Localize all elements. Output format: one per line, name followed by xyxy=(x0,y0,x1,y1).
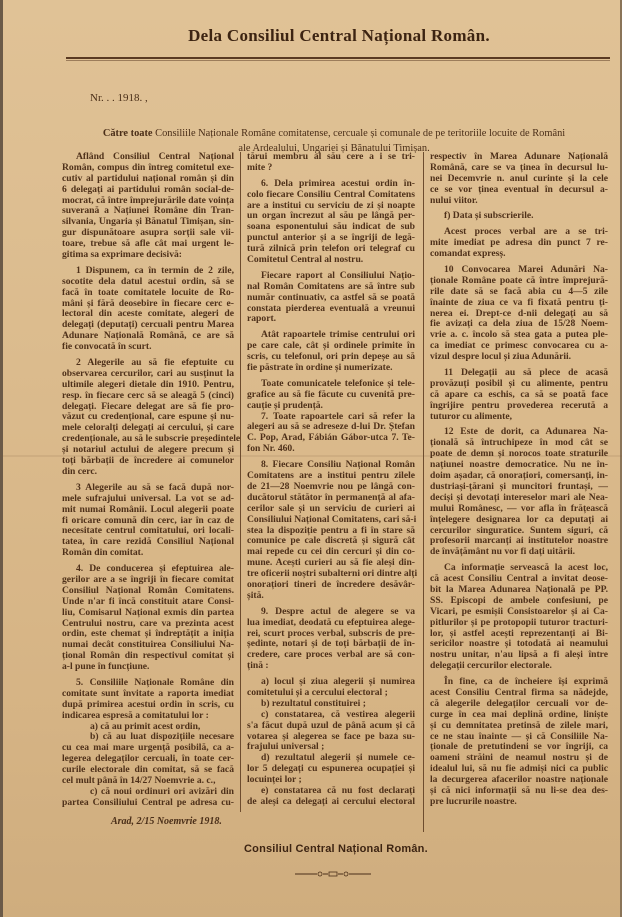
text-line: fie păstrate în ordine și numerizate. xyxy=(247,363,415,374)
text-line: partea Consiliului Central pe adresa cu- xyxy=(62,798,234,809)
text-line: credere, care proces verbal are să con- xyxy=(247,650,415,661)
text-line: șită. xyxy=(247,591,415,602)
column-divider-1 xyxy=(240,152,241,812)
text-line: onorațiori tineri de încredere desăvâr- xyxy=(247,580,415,591)
addressee-line-1-rest: Consiliile Naționale Române comitatense,… xyxy=(153,128,566,139)
masthead-title: Dela Consiliul Central Național Român. xyxy=(66,26,612,46)
text-line: indicarea espresă a comitatului lor : xyxy=(62,711,234,722)
text-line: Vicari, pe esmișii Consistoarelor și ai … xyxy=(430,607,608,618)
text-line: tărui membru al său cere a i se tri- xyxy=(247,152,415,163)
text-line: nului viitor. xyxy=(430,196,608,207)
masthead-rule-secondary xyxy=(66,60,610,61)
addressee-lead: Către toate xyxy=(103,128,153,139)
text-line: resp. în fiecare cerc să se aleagă 5 (ci… xyxy=(62,391,234,402)
text-line: de învățământ nu vor fi dați uitării. xyxy=(430,547,608,558)
text-line: țină : xyxy=(247,661,415,672)
date-line: Arad, 2/15 Noemvrie 1918. xyxy=(111,816,222,827)
text-line: 9. Despre actul de alegere se va xyxy=(247,607,415,618)
text-line: gitima sa exprimare decisivă: xyxy=(62,250,234,261)
text-line: pitlurilor și pe protopopii tuturor trac… xyxy=(430,618,608,629)
document-number: Nr. . . 1918. , xyxy=(90,92,148,104)
text-line: fon Nr. 460. xyxy=(247,444,415,455)
text-line: cauție și prudență. xyxy=(247,401,415,412)
masthead-rule xyxy=(66,57,610,59)
text-line: f) Data și subscrierile. xyxy=(430,211,608,222)
newspaper-page: Dela Consiliul Central Național Român. N… xyxy=(0,0,622,917)
text-line: Unde n'ar fi încă constituit atare Consi… xyxy=(62,597,234,608)
text-line: număr continuativ, ca astfel să se poată xyxy=(247,293,415,304)
ornament-rule-icon xyxy=(295,871,371,877)
text-column-1: Aflând Consiliul Central NaționalRomân, … xyxy=(62,152,234,809)
addressee-line-1: Către toate Consiliile Naționale Române … xyxy=(56,126,612,141)
signature: Consiliul Central Național Român. xyxy=(244,843,428,855)
text-line: înainte de ziua ce va fi fixată pentru ț… xyxy=(430,298,608,309)
text-line: din cerc. xyxy=(62,467,234,478)
text-line: după primirea acestui ordin în scris, cu xyxy=(62,700,234,711)
text-column-2: tărui membru al său cere a i se tri-mite… xyxy=(247,152,415,808)
text-line: delegații cercurilor electorale. xyxy=(430,661,608,672)
text-line: de aleși ca delegați ai cercului elector… xyxy=(247,797,415,808)
text-line: Român din comitat. xyxy=(62,548,234,559)
text-line: facă în toate comitatele locuite de Ro- xyxy=(62,288,234,299)
page-edge-left xyxy=(0,0,3,917)
text-line: curge în cea mai deplină ordine, liniște xyxy=(430,710,608,721)
text-line: fie convocată în scurt. xyxy=(62,342,234,353)
text-line: tuturor cu alimente, xyxy=(430,412,608,423)
text-line: vizul despre locul și ziua Adunării. xyxy=(430,352,608,363)
text-line: ce se vor ținea eventual în decursul a- xyxy=(430,185,608,196)
text-line: pre lucrurile noastre. xyxy=(430,797,608,808)
text-line: mele sufrajului universal. La vot se ad- xyxy=(62,494,234,505)
text-line: Comitetul Central al nostru. xyxy=(247,255,415,266)
text-line: a-l pune în funcțiune. xyxy=(62,662,234,673)
text-line: înțelegere designarea lor ca deputați ai xyxy=(430,515,608,526)
column-divider-2 xyxy=(423,152,424,832)
text-line: îngrijire pentru provederea recerută a xyxy=(430,401,608,412)
text-line: mit numai Românii. Locul alegerii poate xyxy=(62,505,234,516)
text-line: s'a făcut după uzul de până acum și că xyxy=(247,721,415,732)
text-line: comandat expresș. xyxy=(430,249,608,260)
text-column-3: respectiv în Marea Adunare NaționalăRomâ… xyxy=(430,152,608,808)
text-line: c) constatarea, că vestirea alegerii xyxy=(247,710,415,721)
text-line: și cu demnitatea pretinsă de zilele mari… xyxy=(430,721,608,732)
text-line: raport. xyxy=(247,314,415,325)
text-line: liu, Comisarul Național exmis din partea xyxy=(62,608,234,619)
text-line: cerilor sale și un serviciu de curieri a… xyxy=(247,504,415,515)
text-line: Consiliului Național Comitatens, cari să… xyxy=(247,515,415,526)
text-line: lua imediat, deodată cu efeptuirea alege… xyxy=(247,618,415,629)
text-line: 6 delegați ai partidului român social-de… xyxy=(62,185,234,196)
text-line: mite ? xyxy=(247,163,415,174)
text-line: colo fiecare Consiliu Central Comitatens xyxy=(247,190,415,201)
text-line: mului Românesc, — vor afla în frățească xyxy=(430,504,608,515)
